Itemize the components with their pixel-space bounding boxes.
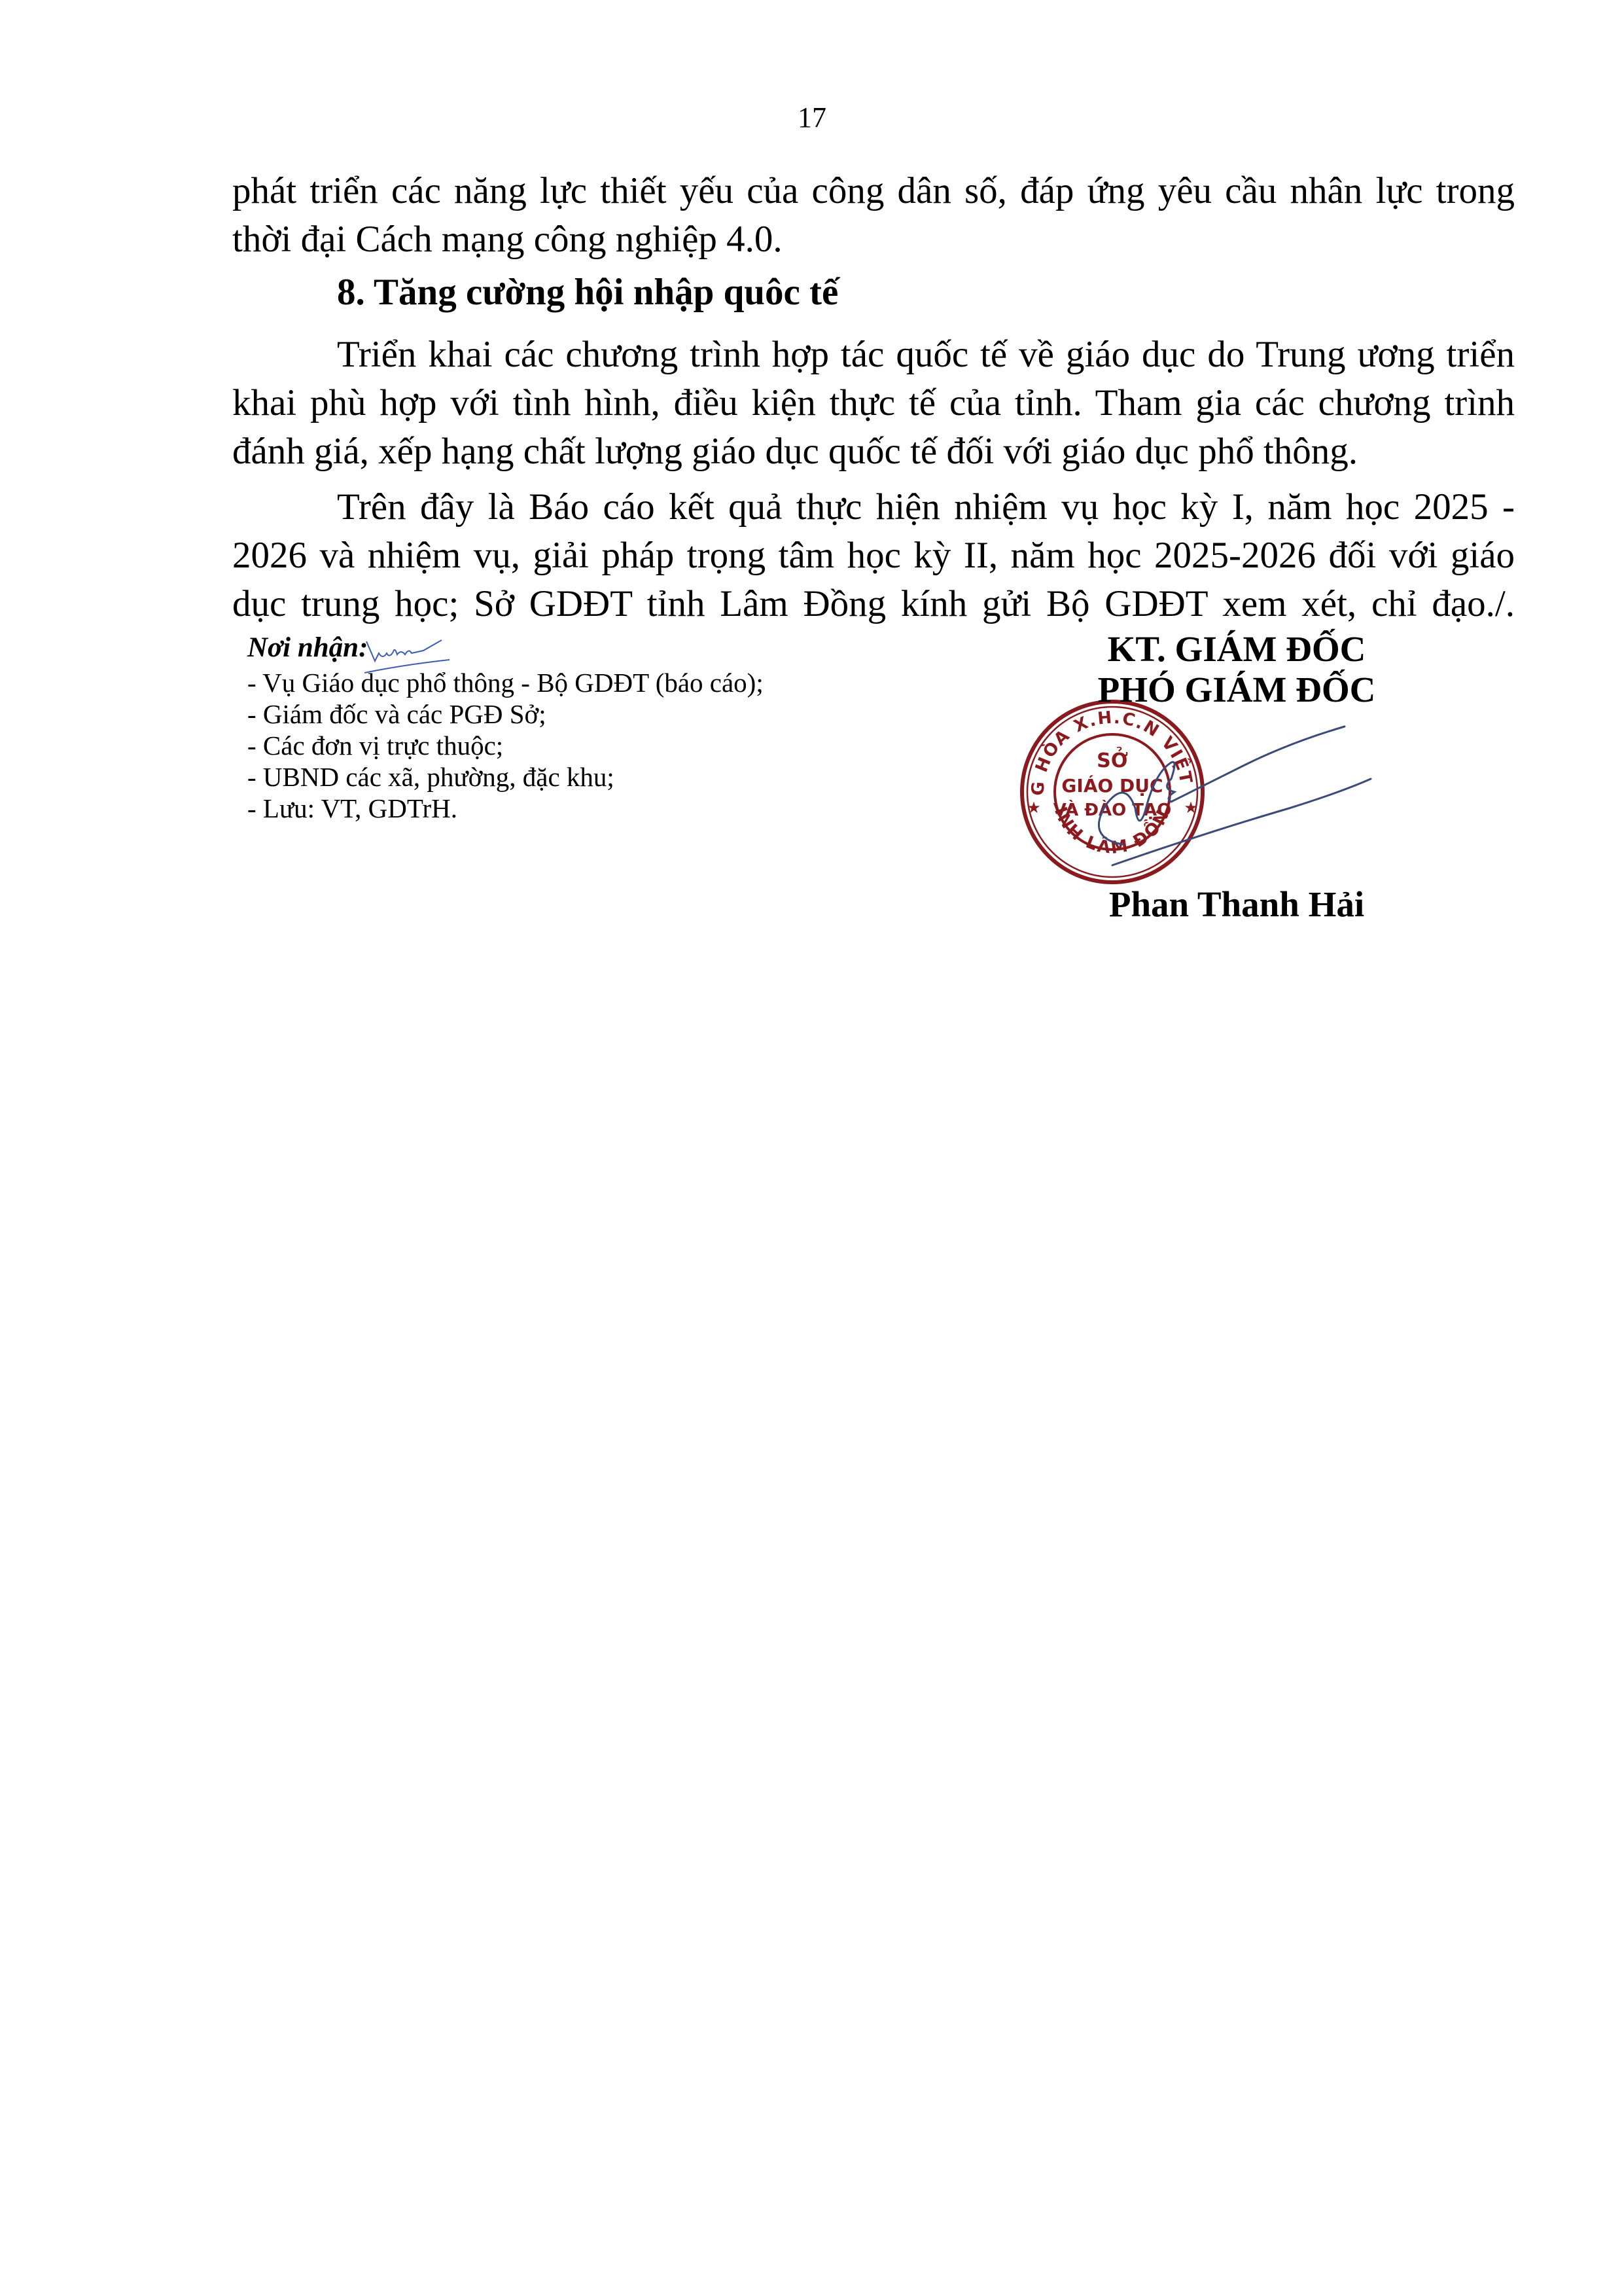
section-paragraph-text: Triển khai các chương trình hợp tác quốc… <box>232 331 1515 476</box>
signer-name: Phan Thanh Hải <box>1014 884 1459 925</box>
recipient-item: - UBND các xã, phường, đặc khu; <box>247 761 902 793</box>
seal-center-line3: VÀ ĐÀO TẠO <box>1053 799 1172 820</box>
signature-position-line: PHÓ GIÁM ĐỐC <box>1014 669 1459 711</box>
continuation-paragraph-text: phát triển các năng lực thiết yếu của cô… <box>232 167 1515 264</box>
signature-block: KT. GIÁM ĐỐC PHÓ GIÁM ĐỐC CỘNG HÒA X.H.C… <box>1014 628 1511 956</box>
recipient-item: - Các đơn vị trực thuộc; <box>247 730 902 761</box>
recipients-block: Nơi nhận: - Vụ Giáo dục phổ thông - Bộ G… <box>247 632 902 824</box>
svg-text:★: ★ <box>1184 798 1198 817</box>
seal-center-line2: GIÁO DỤC <box>1061 774 1163 797</box>
page-number: 17 <box>0 98 1624 137</box>
recipient-item: - Giám đốc và các PGĐ Sở; <box>247 698 902 730</box>
stamp-and-signature: CỘNG HÒA X.H.C.N VIỆT NAM TỈNH LÂM ĐỒNG … <box>1014 694 1511 890</box>
recipients-list: - Vụ Giáo dục phổ thông - Bộ GDĐT (báo c… <box>247 667 902 824</box>
seal-center-line1: SỞ <box>1097 746 1128 772</box>
svg-text:★: ★ <box>1027 798 1041 817</box>
continuation-paragraph: phát triển các năng lực thiết yếu của cô… <box>232 167 1515 264</box>
recipient-item: - Lưu: VT, GDTrH. <box>247 793 902 824</box>
recipient-item: - Vụ Giáo dục phổ thông - Bộ GDĐT (báo c… <box>247 667 902 698</box>
section-paragraph: Triển khai các chương trình hợp tác quốc… <box>232 331 1515 476</box>
recipients-title: Nơi nhận: <box>247 632 902 664</box>
closing-paragraph-text: Trên đây là Báo cáo kết quả thực hiện nh… <box>232 486 1515 624</box>
official-seal-icon: CỘNG HÒA X.H.C.N VIỆT NAM TỈNH LÂM ĐỒNG … <box>1014 694 1511 890</box>
section-heading: 8. Tăng cường hội nhập quôc tế <box>337 268 838 317</box>
signature-authority-line: KT. GIÁM ĐỐC <box>1014 628 1459 670</box>
